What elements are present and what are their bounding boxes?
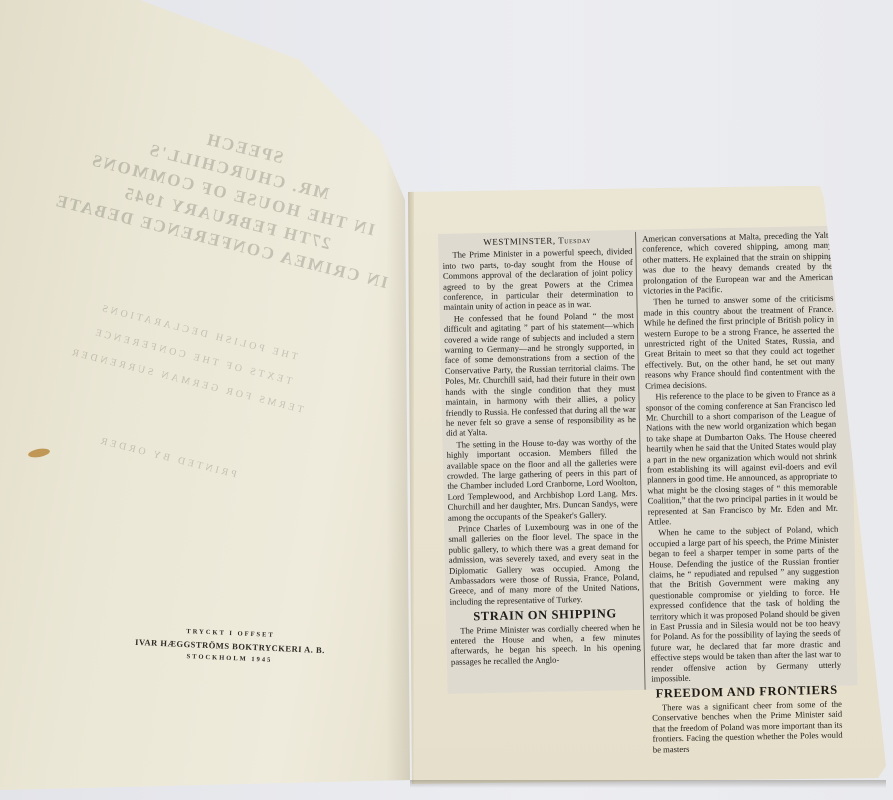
- paragraph: American conversations at Malta, precedi…: [642, 230, 833, 296]
- left-page: SPEECH MR. CHURCHILL'S IN THE HOUSE OF C…: [0, 0, 410, 790]
- paragraph: There was a significant cheer from some …: [652, 699, 843, 755]
- column-2: American conversations at Malta, precedi…: [642, 230, 843, 756]
- page-edge-shadow: [410, 780, 886, 788]
- column-1: WESTMINSTER, Tuesday The Prime Minister …: [442, 234, 641, 668]
- paragraph: He confessed that he found Poland “ the …: [444, 310, 637, 439]
- subheading-freedom-and-frontiers: FREEDOM AND FRONTIERS: [652, 685, 842, 699]
- stain-mark: [27, 447, 50, 459]
- paragraph: When he came to the subject of Poland, w…: [648, 524, 841, 684]
- paragraph: His reference to the place to be given t…: [645, 388, 838, 527]
- subheading-strain-on-shipping: STRAIN ON SHIPPING: [450, 608, 640, 622]
- paragraph: The setting in the House to-day was wort…: [446, 436, 638, 523]
- paragraph: Prince Charles of Luxembourg was in one …: [448, 520, 640, 607]
- paragraph: Then he turned to answer some of the cri…: [643, 293, 835, 391]
- right-page: WESTMINSTER, Tuesday The Prime Minister …: [408, 186, 886, 784]
- printer-imprint: TRYCKT I OFFSET IVAR HÆGGSTRÖMS BOKTRYCK…: [119, 623, 340, 669]
- show-through-text: SPEECH MR. CHURCHILL'S IN THE HOUSE OF C…: [0, 90, 410, 521]
- paragraph: The Prime Minister was cordially cheered…: [450, 621, 641, 667]
- paragraph: The Prime Minister in a powerful speech,…: [442, 246, 633, 312]
- newspaper-clipping: WESTMINSTER, Tuesday The Prime Minister …: [438, 225, 858, 693]
